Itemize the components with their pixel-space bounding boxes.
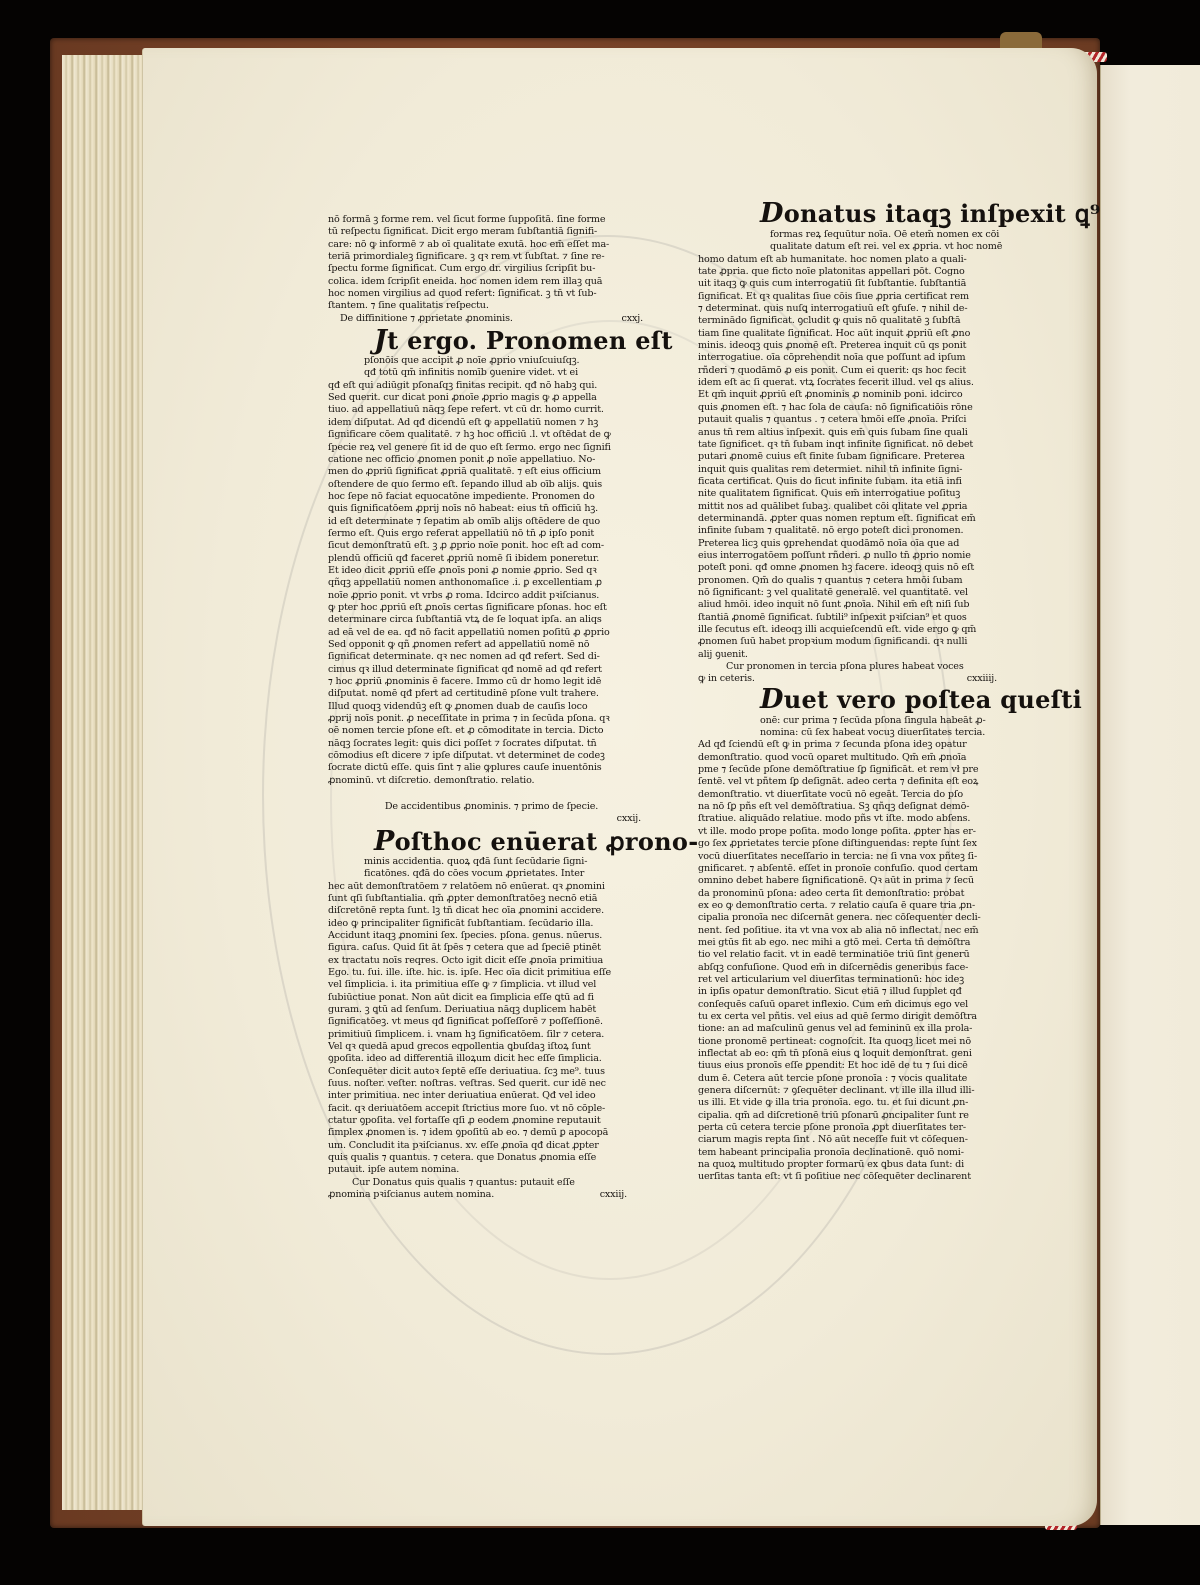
chapter-rubric: De accidentibus ꝓnominis. ⁊ primo de ſpe… <box>328 801 663 813</box>
text-line: omnino debet habere ſignificationē. Qꝛ a… <box>698 875 1085 887</box>
text-line: perta cū cetera tercie pſone pronoīa ꝓpt… <box>698 1122 1085 1134</box>
text-line: colica. idem ſcripſit eneida. hoc nomen … <box>328 276 663 288</box>
text-line: anus tn̄ rem altius inſpexit. ꝗuis em̄ q… <box>698 427 1085 439</box>
text-line: plendū officiū qđ faceret ꝓpriū nomē ſi … <box>328 553 663 565</box>
text-line: diſputat. nomē qđ pfert ad certitudinē p… <box>328 688 663 700</box>
decorated-initial: D <box>760 684 784 715</box>
text-line: ſuus. noſter. veſter. noſtras. veſtras. … <box>328 1078 663 1090</box>
text-line: tem habeant principalia pronoīa declinat… <box>698 1147 1085 1159</box>
text-line: Illud quoqꝫ videndūꝫ eſt ꝙ ꝓnomen duab d… <box>328 701 663 713</box>
text-line: men do ꝓpriū ſignificat ꝓpriā qualitatē.… <box>328 466 663 478</box>
text-line: catione nec officio ꝓnomen ponit ꝓ noīe … <box>328 454 663 466</box>
text-line: ſignificat determinate. qꝛ nec nomen ad … <box>328 651 663 663</box>
text-line: Sed opponit ꝙ qñ ꝓnomen refert ad appell… <box>328 639 663 651</box>
chapter-rubric: De diffinitione ⁊ ꝓprietate ꝓnominis. cx… <box>328 313 663 325</box>
text-line: tione: an ad maſculinū genus vel ad femi… <box>698 1023 1085 1035</box>
text-line: aliud hmōi. ideo inquit nō ſunt ꝓnoīa. N… <box>698 599 1085 611</box>
text-line: abſqꝫ confuſione. Quod em̄ in diſcernēdi… <box>698 962 1085 974</box>
text-line: onē: cur prima ⁊ ſecūda pſona ſingula ha… <box>698 715 1085 727</box>
text-line: facit. qꝛ deriuatōem accepit ſtrictius m… <box>328 1103 663 1115</box>
facing-page-edge[interactable] <box>1100 65 1200 1525</box>
text-line: demonſtratio. quod vocū oparet multitudo… <box>698 752 1085 764</box>
text-line: Et ideo dicit ꝓpriū eſſe ꝓnoīs poni ꝓ no… <box>328 565 663 577</box>
text-line: tio vel relatio facit. vt in eadē termin… <box>698 949 1085 961</box>
text-line: go ſex ꝓprietates tercie pſone diſtingue… <box>698 838 1085 850</box>
text-line: ille ſecutus eſt. ideoqꝫ illi acquieſcen… <box>698 624 1085 636</box>
text-line: ctatur ꝯpoſita. vel fortaſſe qſi ꝓ eodem… <box>328 1115 663 1127</box>
text-line: ⁊ determinat. quis nuſꝗ interrogatiuū eſ… <box>698 303 1085 315</box>
text-line: ſubiūctiue ponat. Non aūt dicit ea ſimpl… <box>328 992 663 1004</box>
text-line: ciarum magis repta ſint . Nō aūt neceſſe… <box>698 1134 1085 1146</box>
text-line: genera diſcernūt: ⁊ ꝯſequēter declinant.… <box>698 1085 1085 1097</box>
text-line: idem diſputat. Ad qđ dicendū eſt ꝙ appel… <box>328 417 663 429</box>
text-line: nō formā ꝫ forme rem. vel ſicut forme ſu… <box>328 214 663 226</box>
text-line: ꝙ pter hoc ꝓpriū eſt ꝓnoīs certas ſignif… <box>328 602 663 614</box>
text-line: pme ⁊ ſecūde pſone demōſtratiue ſꝑ ſigni… <box>698 764 1085 776</box>
text-line: quis ꝓnomen eſt. ⁊ hac ſola de cauſa: nō… <box>698 402 1085 414</box>
text-line: terminādo ſignificat. ꝯcludit ꝙ quis nō … <box>698 315 1085 327</box>
text-line: oſtendere de quo ſermo eſt. ſepando illu… <box>328 479 663 491</box>
text-line: tione pronomē pertineat: cognoſcit. Ita … <box>698 1036 1085 1048</box>
text-line: gnificaret. ⁊ abſentē. eſſet in pronoīe … <box>698 863 1085 875</box>
text-line: ſignificatōeꝫ. vt meus qđ ſignificat poſ… <box>328 1016 663 1028</box>
text-line: eius interrogatōem poſſunt rñderi. ꝓ nul… <box>698 550 1085 562</box>
text-line: ſentē. vel vt pñtem ſꝑ deſignāt. adeo ce… <box>698 776 1085 788</box>
text-line: ꝓprij noīs ponit. ꝓ neceſſitate in prima… <box>328 713 663 725</box>
text-line: tiuo. ad appellatiuū nāqꝫ ſepe refert. v… <box>328 404 663 416</box>
text-line: ficatōnes. qđā do cōes vocum ꝓprietates.… <box>328 868 663 880</box>
text-line: ⁊ hoc ꝓpriū ꝓnominis ē facere. Immo cū d… <box>328 676 663 688</box>
text-line: tate ſignificet. qꝛ tn̄ ſubam inqt infin… <box>698 439 1085 451</box>
text-line: ꝓnomen ſuū habet propꝛium modum ſignific… <box>698 636 1085 648</box>
text-line: na nō ſꝑ pñs eſt vel demōſtratiua. Sꝫ qñ… <box>698 801 1085 813</box>
text-line: alij ꝯuenit. <box>698 649 1085 661</box>
text-line: ſtantiā ꝓnomē ſignificat. ſubtili⁹ inſpe… <box>698 612 1085 624</box>
text-line: inflectat ab eo: qm̄ tn̄ pſonā eius ꝗ lo… <box>698 1048 1085 1060</box>
text-line: determinandā. ꝓpter quas nomen reptum eſ… <box>698 513 1085 525</box>
rubric-text: ꝙ in ceteris. <box>698 673 755 685</box>
text-line: care: nō ꝙ informē ⁊ ab oī qualitate exu… <box>328 239 663 251</box>
text-line: qñqꝫ appellatiū nomen anthonomaſice .i. … <box>328 577 663 589</box>
text-line: ꝓnominū. vt diſcretio. demonſtratio. rel… <box>328 775 663 787</box>
page-edges <box>62 55 146 1510</box>
text-line: ficata certificat. Quis do ſicut infinit… <box>698 476 1085 488</box>
text-line: Ego. tu. ſui. ille. iſte. hic. is. ipſe.… <box>328 967 663 979</box>
text-line: teriā primordialeꝫ ſignificare. ꝫ qꝛ rem… <box>328 251 663 263</box>
text-line: uerſitas tanta eſt: vt ſi poſitiue nec c… <box>698 1171 1085 1183</box>
heading-text: t ergo. Pronomen eſt <box>387 326 673 355</box>
text-line: Vel qꝛ quedā apud grecos eqpollentia ꝗbu… <box>328 1041 663 1053</box>
text-line: putauit qualis ⁊ quantus . ⁊ cetera hmōi… <box>698 414 1085 426</box>
chapter-number-line: cxxij. <box>328 813 663 825</box>
text-line: Preterea licꝫ quis ꝯprehendat quodāmō no… <box>698 538 1085 550</box>
text-line: ſignificare cōem qualitatē. ⁊ hꝫ hoc off… <box>328 429 663 441</box>
text-line: nomina: cū ſex habeat vocuꝫ diuerſitates… <box>698 727 1085 739</box>
text-line: diſcretōnē repta ſunt. lꝫ tn̄ dicat hec … <box>328 905 663 917</box>
text-line: ſtratiue. aliquādo relatiue. modo pñs vt… <box>698 813 1085 825</box>
text-line: nite qualitatem ſignificat. Quis em̄ int… <box>698 488 1085 500</box>
text-line: ſicut demonſtratū eſt. ꝫ ꝓ ꝓprio noīe po… <box>328 540 663 552</box>
text-line: ſermo eſt. Quis ergo referat appellatiū … <box>328 528 663 540</box>
text-line: ꝯpoſita. ideo ad differentiā illoꝝum dic… <box>328 1053 663 1065</box>
text-line: tate ꝓpria. que ficto noīe platonitas ap… <box>698 266 1085 278</box>
text-line: interrogatiue. oīa cōprehendit noīa que … <box>698 352 1085 364</box>
chapter-number: cxxiij. <box>600 1189 627 1201</box>
text-line: cōmodius eſt dicere ⁊ ipſe diſputat. vt … <box>328 750 663 762</box>
text-line: qđ totū qm̄ infinitis nomīb ꝯuenire vide… <box>328 367 663 379</box>
text-line: cimus qꝛ illud determinate ſignificat qđ… <box>328 664 663 676</box>
text-line: tiam ſine qualitate ſignificat. Hoc aūt … <box>698 328 1085 340</box>
heading-text: oſthoc enūerat ꝓrono- <box>395 827 699 856</box>
section-heading: Poſthoc enūerat ꝓrono- <box>328 828 663 856</box>
rubric-text: De accidentibus ꝓnominis. ⁊ primo de ſpe… <box>385 801 598 813</box>
text-line: in ipſis opatur demonſtratio. Sicut etiā… <box>698 986 1085 998</box>
rubric-line: Cur pronomen in tercia pſona plures habe… <box>698 661 1085 673</box>
text-line: putari ꝓnomē cuius eſt finite ſubam ſign… <box>698 451 1085 463</box>
decorated-initial: J <box>374 325 387 356</box>
text-line: vocū diuerſitates neceſſario in tercia: … <box>698 851 1085 863</box>
decorated-initial: D <box>760 198 784 229</box>
left-text-column: nō formā ꝫ forme rem. vel ſicut forme ſu… <box>328 214 663 1201</box>
text-line: conſequēs caſuū oparet inflexio. Cum em̄… <box>698 999 1085 1011</box>
text-line: guram. ꝫ ꝗtū ad ſenſum. Deriuatiua nāqꝫ … <box>328 1004 663 1016</box>
text-line: inquit ꝗuis qualitas rem determiet. nihi… <box>698 464 1085 476</box>
text-line: determinare circa ſubſtantiā vtꝝ de ſe l… <box>328 614 663 626</box>
text-line: ret vel articularium vel diuerſitas term… <box>698 974 1085 986</box>
section-heading: Duet vero poſtea queſti <box>698 686 1085 714</box>
text-line: primitiuū ſimplicem. i. vnam hꝫ ſignific… <box>328 1029 663 1041</box>
heading-text: onatus itaqꝫ inſpexit ꝗ⁹ <box>784 199 1101 228</box>
text-line: ſimplex ꝓnomen is. ⁊ idem ꝯpoſitū ab eo.… <box>328 1127 663 1139</box>
text-line: idem eſt ac ſi querat. vtꝝ ſocrates fece… <box>698 377 1085 389</box>
text-line: homo datum eſt ab humanitate. hoc nomen … <box>698 254 1085 266</box>
text-line: figura. caſus. Quid ſit āt ſpēs ⁊ cetera… <box>328 942 663 954</box>
text-line: qđ eſt qui adiūgit pſonaſqꝫ finitas reci… <box>328 380 663 392</box>
section-paragraph: minis accidentia. quoꝝ qđā ſunt ſecūdari… <box>328 856 663 1177</box>
text-line: pronomen. Qm̄ do qualis ⁊ quantus ⁊ cete… <box>698 575 1085 587</box>
text-line: tu ex certa vel pñtis. vel eius ad quē ſ… <box>698 1011 1085 1023</box>
text-line: oē nomen tercie pſone eſt. et ꝓ cōmodita… <box>328 725 663 737</box>
text-line: minis. ideoqꝫ quis ꝓnomē eſt. Preterea i… <box>698 340 1085 352</box>
text-line: ſunt qſi ſubſtantialia. qm̄ ꝓpter demonſ… <box>328 893 663 905</box>
chapter-rubric: ꝓnomina pꝛiſcianus autem nomina. cxxiij. <box>328 1189 663 1201</box>
text-line: ex tractatu noīs reqres. Octo igit dicit… <box>328 955 663 967</box>
text-line: ad eā vel de ea. qđ nō facit appellatiū … <box>328 627 663 639</box>
decorated-initial: P <box>374 826 395 857</box>
text-line: demonſtratio. vt diuerſitate vocū nō ege… <box>698 789 1085 801</box>
text-line: nō ſignificant: ꝫ vel qualitatē generalē… <box>698 587 1085 599</box>
text-line: quis qualis ⁊ quantus. ⁊ cetera. que Don… <box>328 1152 663 1164</box>
text-line: Accidunt itaqꝫ ꝓnomini ſex. ſpecies. pſo… <box>328 930 663 942</box>
text-line: tū reſpectu ſignificat. Dicit ergo meram… <box>328 226 663 238</box>
text-line: Ad qđ ſciendū eſt ꝙ in prima ⁊ ſecunda p… <box>698 739 1085 751</box>
text-line: vt ille. modo prope poſita. modo longe p… <box>698 826 1085 838</box>
text-line: na quoꝝ multitudo propter formarū ex ꝗbu… <box>698 1159 1085 1171</box>
section-paragraph: onē: cur prima ⁊ ſecūda pſona ſingula ha… <box>698 715 1085 1184</box>
text-line: ideo ꝙ principaliter ſignificāt ſubſtant… <box>328 918 663 930</box>
rubric-text: De diffinitione ⁊ ꝓprietate ꝓnominis. <box>340 313 513 325</box>
section-paragraph: formas reꝝ ſequūtur noīa. Oē etem̄ nomen… <box>698 229 1085 661</box>
text-line: vel ſimplicia. i. ita primitiua eſſe ꝙ ⁊… <box>328 979 663 991</box>
chapter-number: cxxij. <box>617 813 641 824</box>
right-text-column: Donatus itaqꝫ inſpexit ꝗ⁹ formas reꝝ ſeq… <box>698 200 1085 1184</box>
text-line: cipalia pronoīa nec diſcernāt genera. ne… <box>698 912 1085 924</box>
text-line: formas reꝝ ſequūtur noīa. Oē etem̄ nomen… <box>698 229 1085 241</box>
text-line: um. Concludit ita pꝛiſcianus. xv. eſſe ꝓ… <box>328 1140 663 1152</box>
text-line: da pronominū pſona: adeo certa ſit demon… <box>698 888 1085 900</box>
chapter-number: cxxj. <box>622 313 643 325</box>
text-line: dum ē. Cetera aūt tercie pſone pronoīa :… <box>698 1073 1085 1085</box>
text-line: us illi. Et vide ꝙ illa tria pronoīa. eg… <box>698 1097 1085 1109</box>
intro-paragraph: nō formā ꝫ forme rem. vel ſicut forme ſu… <box>328 214 663 313</box>
section-heading: Donatus itaqꝫ inſpexit ꝗ⁹ <box>698 200 1085 228</box>
text-line: nāqꝫ ſocrates legit: ꝗuis dici poſſet ⁊ … <box>328 738 663 750</box>
text-line: mittit nos ad quālibet ſubaꝫ. qualibet c… <box>698 501 1085 513</box>
text-line: minis accidentia. quoꝝ qđā ſunt ſecūdari… <box>328 856 663 868</box>
text-line: ſignificat. Et qꝛ qualitas ſiue cōis ſiu… <box>698 291 1085 303</box>
text-line: putauit. ipſe autem nomina. <box>328 1164 663 1176</box>
text-line: ꝗuis ſignificatōem ꝓprij noīs nō habeat:… <box>328 503 663 515</box>
text-line: inter primitiua. nec inter deriuatiua en… <box>328 1090 663 1102</box>
rubric-text: ꝓnomina pꝛiſcianus autem nomina. <box>328 1189 494 1201</box>
text-line: uit itaqꝫ ꝙ quis cum interrogatiū ſit ſu… <box>698 278 1085 290</box>
rubric-line: Cur Donatus quis qualis ⁊ quantus: putau… <box>328 1177 663 1189</box>
text-line: tiuus eius pronoīs eſſe ꝑpendit: Et hoc … <box>698 1060 1085 1072</box>
text-line: infinite ſubam ⁊ qualitatē. nō ergo pote… <box>698 525 1085 537</box>
text-line: id eſt determinate ⁊ ſepatim ab omīb ali… <box>328 516 663 528</box>
text-line: ſpecie reꝝ vel genere ſit id de quo eſt … <box>328 442 663 454</box>
text-line: noīe ꝓprio ponit. vt vrbs ꝓ roma. Idcirc… <box>328 590 663 602</box>
text-line: nent. ſed poſitiue. ita vt vna vox ab al… <box>698 925 1085 937</box>
text-line: poteſt poni. qđ omne ꝓnomen hꝫ facere. i… <box>698 562 1085 574</box>
text-line: cipalia. qm̄ ad diſcretionē triū pſonarū… <box>698 1110 1085 1122</box>
text-line: hoc ſepe nō faciat equocatōne impediente… <box>328 491 663 503</box>
spacer <box>328 787 663 801</box>
text-line: ſtantem. ⁊ ſine qualitatis reſpectu. <box>328 300 663 312</box>
text-line: hec aūt demonſtratōem ⁊ relatōem nō enūe… <box>328 881 663 893</box>
text-line: ſocrate dictū eſſe. ꝗuis ſint ⁊ alie ꝙpl… <box>328 762 663 774</box>
text-line: Conſequēter dicit autoꝛ ſeptē eſſe deriu… <box>328 1066 663 1078</box>
section-heading: Jt ergo. Pronomen eſt <box>328 327 663 355</box>
text-line: qualitate datum eſt rei. vel ex ꝓpria. v… <box>698 241 1085 253</box>
section-paragraph: pſonōis que accipit ꝓ noīe ꝓprio vniuſcu… <box>328 355 663 787</box>
text-line: Et qm̄ inquit ꝓpriū eſt ꝓnominis ꝓ nomin… <box>698 389 1085 401</box>
text-line: rñderi ⁊ quodāmō ꝓ eis ponit. Cum ei que… <box>698 365 1085 377</box>
text-line: ex eo ꝙ demonſtratio certa. ⁊ relatio ca… <box>698 900 1085 912</box>
text-line: Sed querit. cur dicat poni ꝓnoīe ꝓprio m… <box>328 392 663 404</box>
text-line: ſpectu forme ſignificat. Cum ergo dr. vi… <box>328 263 663 275</box>
text-line: pſonōis que accipit ꝓ noīe ꝓprio vniuſcu… <box>328 355 663 367</box>
text-line: mei gtūs fit ab ego. nec mihi a gtō mei.… <box>698 937 1085 949</box>
text-line: hoc nomen virgilius ad quod refert: ſign… <box>328 288 663 300</box>
heading-text: uet vero poſtea queſti <box>784 685 1082 714</box>
